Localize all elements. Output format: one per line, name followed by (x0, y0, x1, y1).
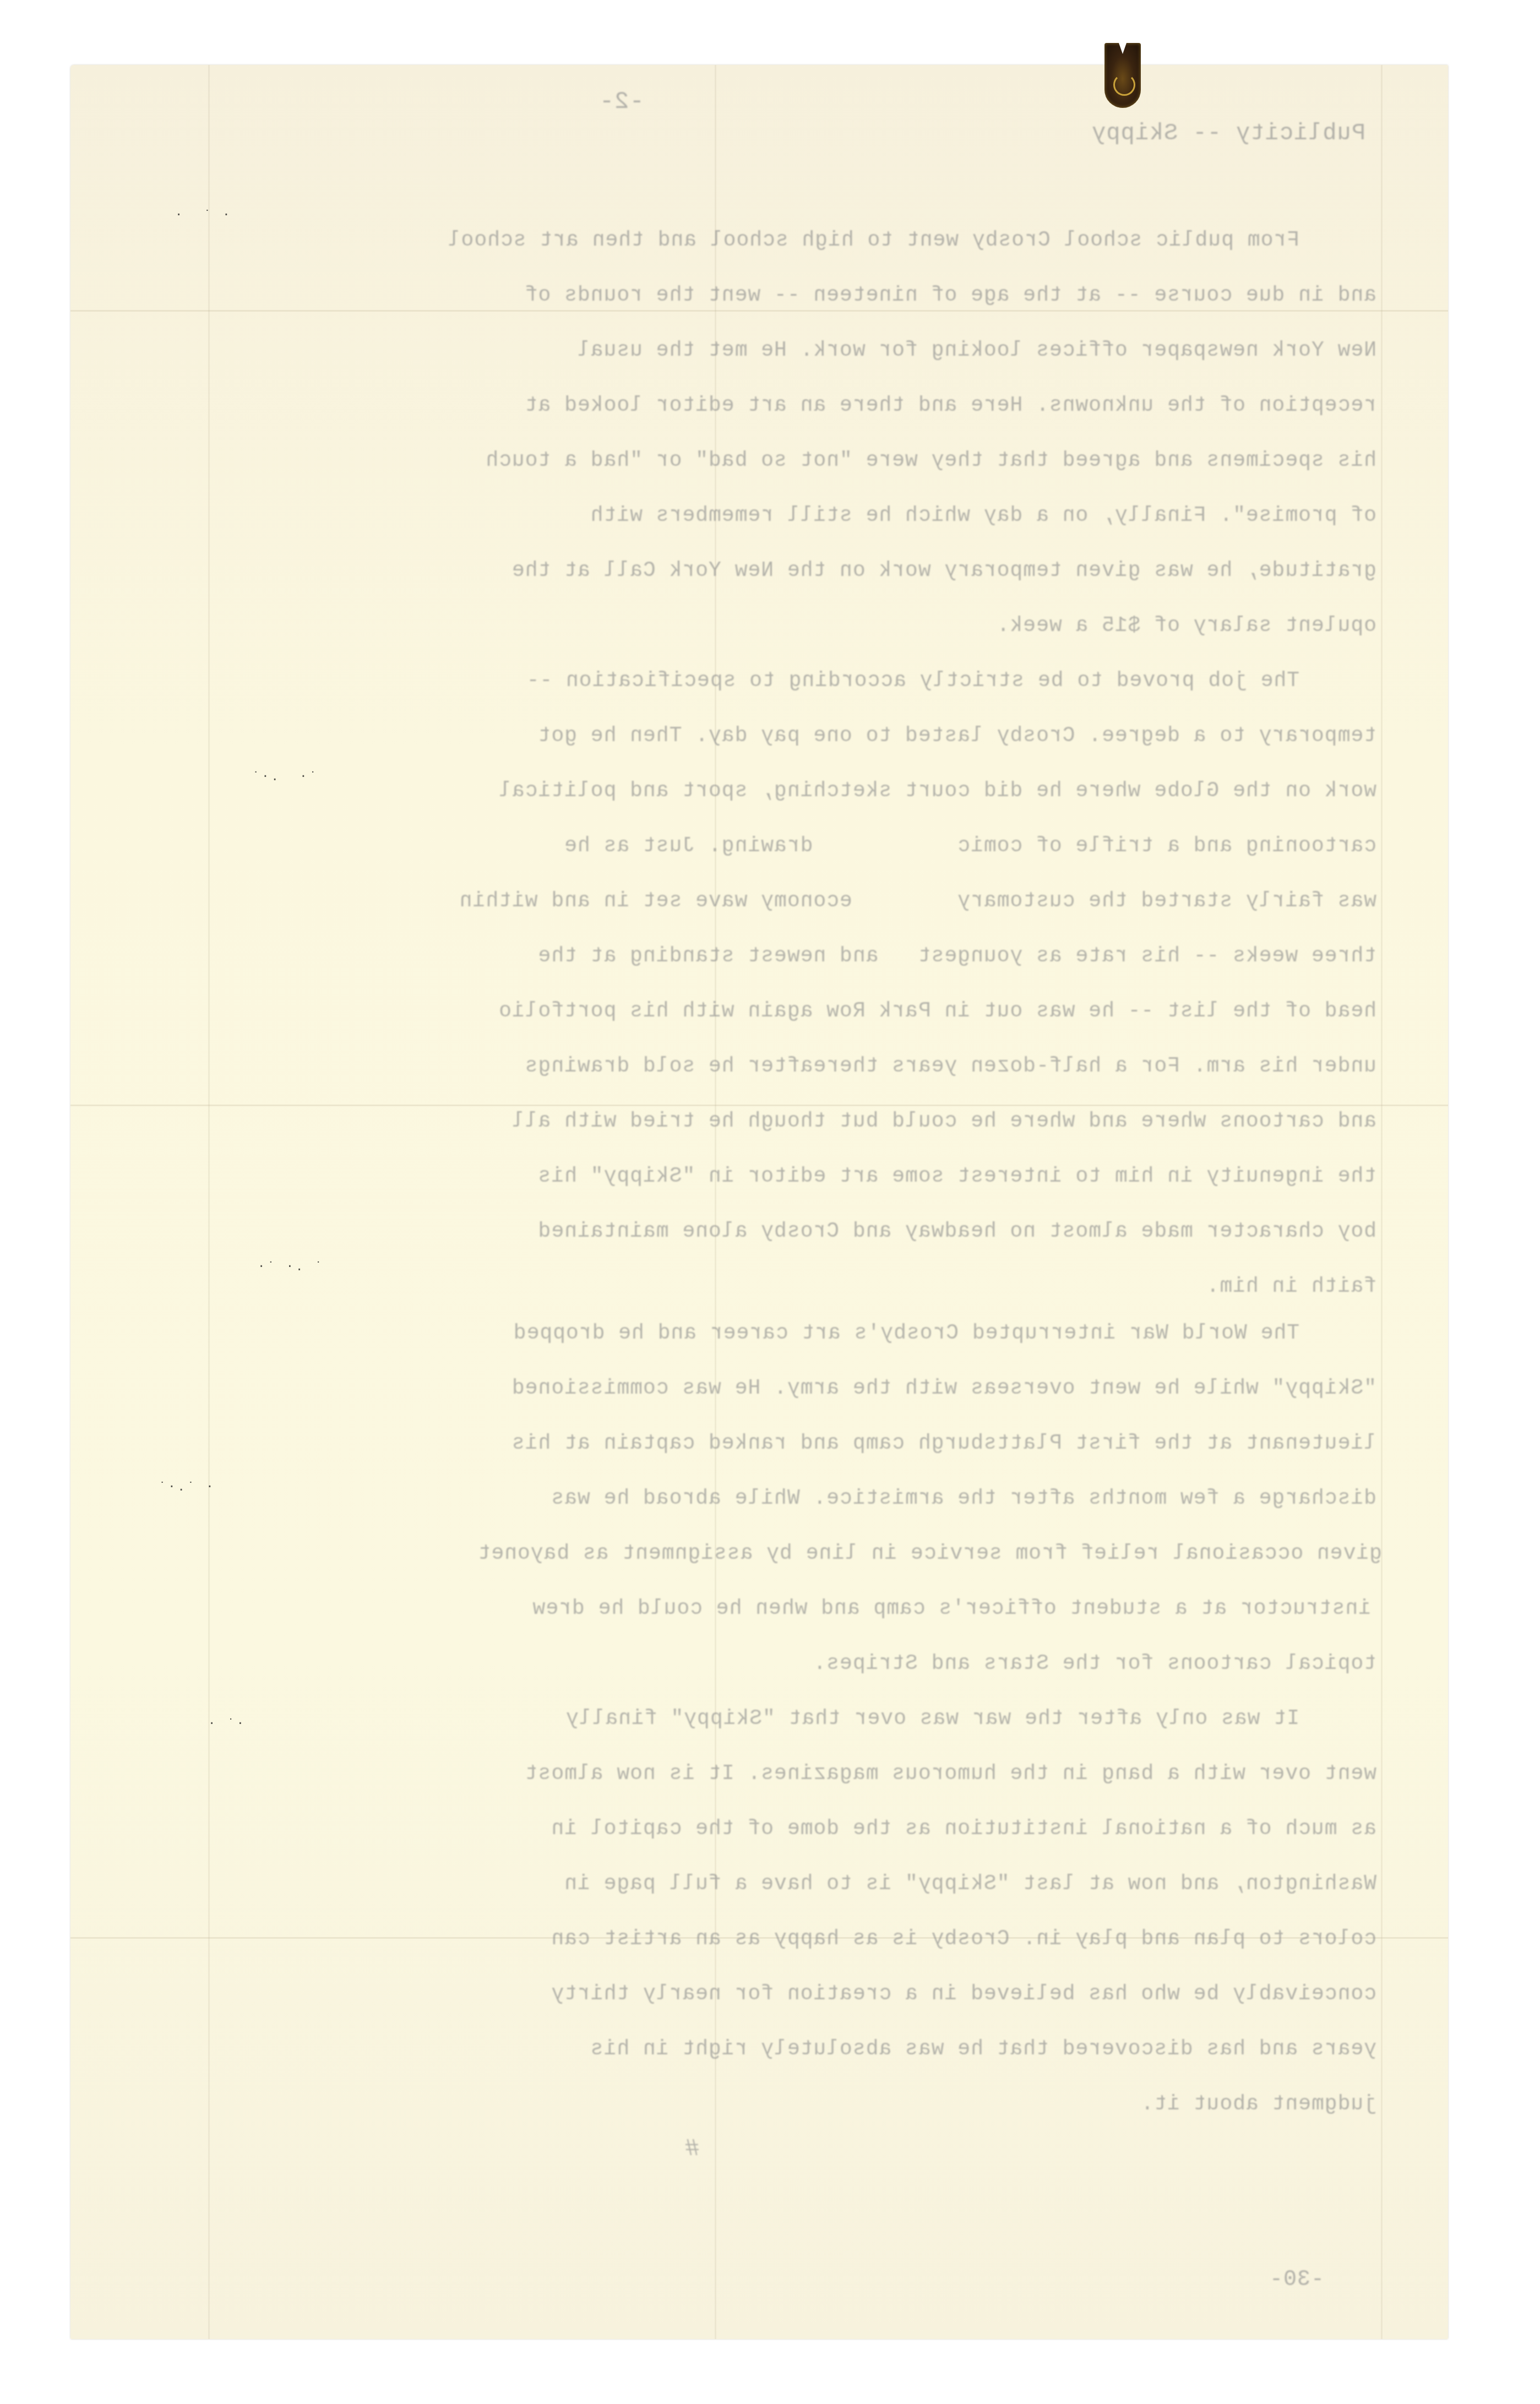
text-line: New York newspaper offices looking for w… (577, 340, 1376, 361)
text-line: From public school Crosby went to high s… (448, 230, 1299, 251)
text-line: lieutenant at the first Plattsburgh camp… (511, 1433, 1376, 1454)
page-number: -2- (599, 88, 644, 116)
end-mark: -30- (1269, 2267, 1324, 2292)
text-line: and cartoons where and where he could bu… (511, 1111, 1376, 1132)
text-line: It was only after the war was over that … (565, 1709, 1299, 1729)
margin-specks: ˙·.˙ · (159, 1480, 215, 1494)
text-line: and in due course -- at the age of ninet… (525, 285, 1376, 306)
text-line: three weeks -- his rate as youngest and … (538, 946, 1376, 967)
margin-specks: ˙·. ·˙ (252, 770, 319, 784)
document-header: Publicity -- Skippy (1091, 120, 1365, 146)
text-line: cartooning and a trifle of comic drawing… (564, 836, 1376, 857)
text-line: opulent salary of $15 a week. (997, 616, 1376, 637)
text-line: topical cartoons for the Stars and Strip… (813, 1654, 1376, 1674)
paper-clip (1104, 43, 1141, 108)
margin-specks: ·˙ ·. ˙ (258, 1260, 324, 1274)
text-line: gratitude, he was given temporary work o… (511, 561, 1376, 581)
text-line: boy character made almost no headway and… (538, 1221, 1376, 1242)
text-line: The World War interrupted Crosby's art c… (513, 1323, 1299, 1344)
text-line: discharge a few months after the armisti… (551, 1488, 1376, 1509)
margin-specks: · ˙· (208, 1717, 246, 1731)
text-line: Washington, and now at last "Skippy" is … (564, 1874, 1376, 1895)
text-line: the ingenuity in him to interest some ar… (538, 1166, 1376, 1187)
text-line: his specimens and agreed that they were … (485, 450, 1376, 471)
text-line: under his arm. For a half-dozen years th… (525, 1056, 1376, 1077)
margin-specks: · ˙ · (175, 208, 232, 222)
text-line: conceivably be who has believed in a cre… (551, 1984, 1376, 2005)
text-line: of promise". Finally, on a day which he … (590, 505, 1376, 526)
text-line: was fairly started the customary economy… (459, 891, 1376, 912)
clip-notch (1119, 43, 1127, 54)
text-line: The job proved to be strictly according … (526, 671, 1299, 692)
text-line: temporary to a degree. Crosby lasted to … (538, 726, 1376, 747)
clip-ring (1113, 74, 1135, 96)
text-line: went over with a bang in the humorous ma… (525, 1764, 1376, 1785)
text-line: faith in him. (1206, 1276, 1376, 1297)
text-line: "Skippy" while he went overseas with the… (511, 1378, 1376, 1399)
text-line: given occasional relief from service in … (478, 1543, 1382, 1564)
center-mark: # (684, 2135, 699, 2163)
text-line: colors to plan and play in. Crosby is as… (551, 1929, 1376, 1950)
text-line: years and has discovered that he was abs… (590, 2039, 1376, 2060)
text-line: work on the Globe where he did court ske… (498, 781, 1376, 802)
text-line: instructor at a student officer's camp a… (532, 1598, 1371, 1619)
text-line: judgment about it. (1141, 2094, 1376, 2115)
mirrored-typescript: -2- Publicity -- Skippy From public scho… (70, 65, 1448, 2339)
text-line: as much of a national institution as the… (551, 1819, 1376, 1840)
text-line: head of the list -- he was out in Park R… (498, 1001, 1376, 1022)
text-line: reception of the unknowns. Here and ther… (525, 395, 1376, 416)
document-sheet: -2- Publicity -- Skippy From public scho… (70, 65, 1448, 2339)
